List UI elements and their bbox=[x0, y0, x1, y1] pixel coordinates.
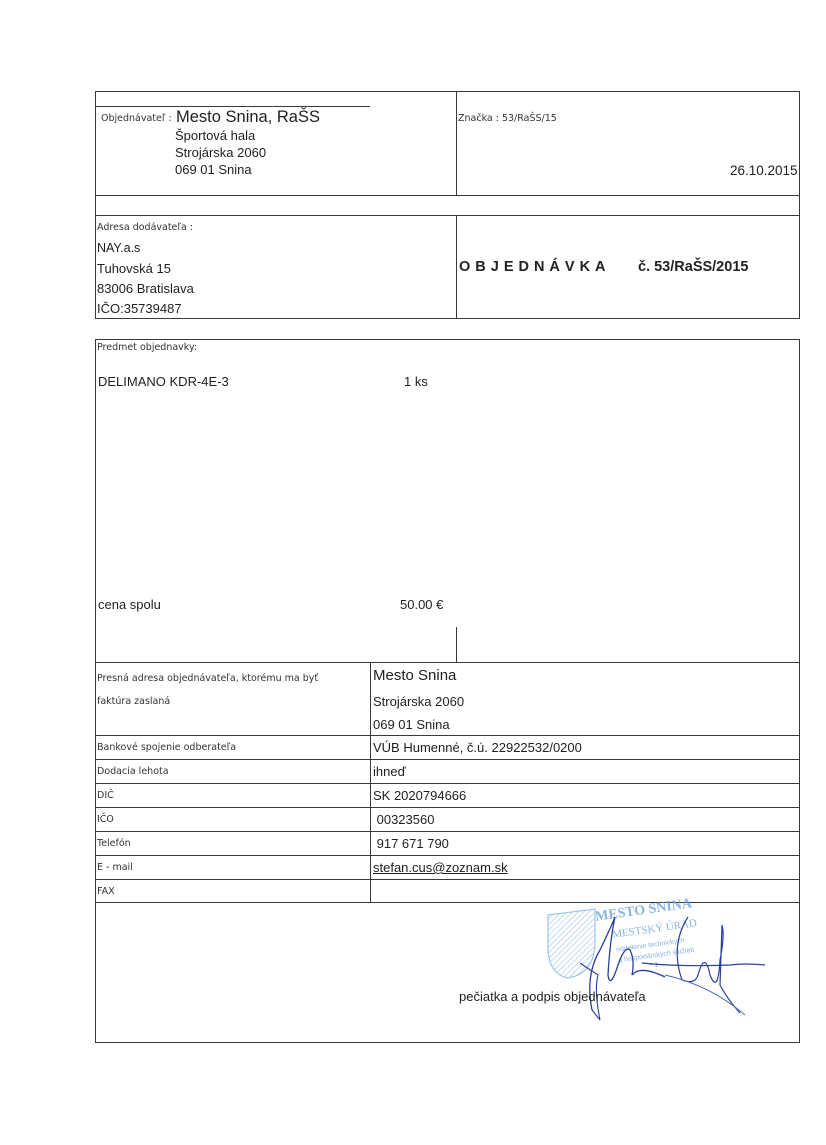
customer-label: Objednávateľ : bbox=[101, 113, 172, 124]
customer-name: Mesto Snina, RaŠS bbox=[176, 108, 320, 127]
row-value: 00323560 bbox=[373, 812, 434, 827]
border-divider bbox=[456, 91, 457, 196]
border-right bbox=[799, 339, 800, 1042]
row-divider bbox=[95, 735, 800, 736]
order-number: č. 53/RaŠS/2015 bbox=[638, 259, 748, 275]
supplier-line: NAY.a.s bbox=[97, 241, 140, 255]
row-label: DIČ bbox=[97, 790, 114, 801]
order-title: OBJEDNÁVKA bbox=[459, 259, 611, 275]
row-value: VÚB Humenné, č.ú. 22922532/0200 bbox=[373, 740, 582, 755]
border-top bbox=[95, 91, 800, 92]
customer-address-line: Strojárska 2060 bbox=[175, 145, 266, 160]
item-quantity: 1 ks bbox=[404, 374, 428, 389]
row-divider bbox=[95, 879, 800, 880]
signature-icon bbox=[570, 905, 770, 1025]
item-name: DELIMANO KDR-4E-3 bbox=[98, 374, 229, 389]
border-left bbox=[95, 339, 96, 1042]
invoice-address-line: Strojárska 2060 bbox=[373, 694, 464, 709]
row-label: Dodacia lehota bbox=[97, 766, 169, 777]
total-value: 50.00 € bbox=[400, 597, 443, 612]
border-bottom bbox=[95, 1042, 800, 1043]
border-bottom bbox=[95, 195, 800, 196]
border-right bbox=[799, 91, 800, 196]
row-label: FAX bbox=[97, 886, 115, 897]
border-left bbox=[95, 195, 96, 318]
row-value: ihneď bbox=[373, 764, 406, 779]
supplier-label: Adresa dodávateľa : bbox=[97, 222, 193, 233]
customer-address-line: Športová hala bbox=[175, 128, 255, 143]
supplier-line: Tuhovská 15 bbox=[97, 261, 171, 276]
row-divider bbox=[95, 215, 800, 216]
border-top bbox=[95, 339, 800, 340]
border-right bbox=[799, 195, 800, 318]
row-divider bbox=[95, 807, 800, 808]
reference-number: Značka : 53/RaŠS/15 bbox=[458, 113, 557, 124]
invoice-address-label: Presná adresa objednávateľa, ktorému ma … bbox=[97, 673, 318, 684]
subject-bottom bbox=[95, 662, 800, 663]
total-label: cena spolu bbox=[98, 597, 161, 612]
signature-caption: pečiatka a podpis objednávateľa bbox=[459, 989, 646, 1004]
subject-label: Predmet objednavky: bbox=[97, 342, 197, 353]
invoice-address-line: 069 01 Snina bbox=[373, 717, 450, 732]
invoice-address-line: Mesto Snina bbox=[373, 667, 456, 684]
column-divider bbox=[370, 662, 371, 902]
customer-address-line: 069 01 Snina bbox=[175, 162, 252, 177]
row-divider bbox=[95, 759, 800, 760]
row-divider bbox=[95, 831, 800, 832]
row-divider bbox=[95, 783, 800, 784]
row-label: Bankové spojenie odberateľa bbox=[97, 742, 236, 753]
row-divider bbox=[95, 855, 800, 856]
tick-divider bbox=[456, 627, 457, 662]
underline bbox=[95, 106, 370, 107]
row-label: IČO bbox=[97, 814, 114, 825]
row-divider bbox=[95, 902, 800, 903]
row-value: SK 2020794666 bbox=[373, 788, 466, 803]
row-label: E - mail bbox=[97, 862, 133, 873]
email-link[interactable]: stefan.cus@zoznam.sk bbox=[373, 860, 508, 875]
order-date: 26.10.2015 bbox=[730, 163, 798, 178]
invoice-address-label: faktúra zaslaná bbox=[97, 696, 170, 707]
border-divider bbox=[456, 215, 457, 318]
row-label: Telefón bbox=[97, 838, 131, 849]
supplier-line: 83006 Bratislava bbox=[97, 281, 194, 296]
supplier-line: IČO:35739487 bbox=[97, 301, 182, 316]
border-bottom bbox=[95, 318, 800, 319]
row-value: 917 671 790 bbox=[373, 836, 449, 851]
